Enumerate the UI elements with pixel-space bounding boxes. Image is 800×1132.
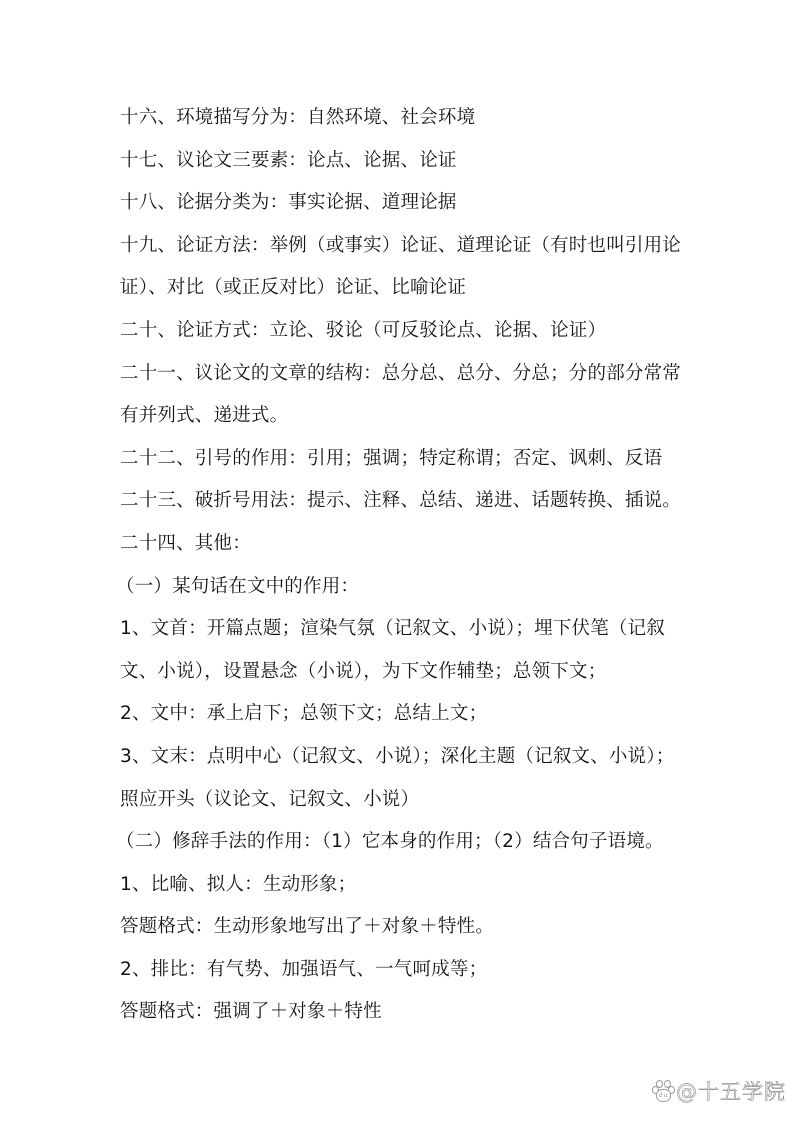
- text-line-17: 十七、议论文三要素：论点、论据、论证: [120, 147, 690, 190]
- text-line-parallelism: 2、排比：有气势、加强语气、一气呵成等；: [120, 956, 690, 999]
- text-line-end-b: 照应开头（议论文、记叙文、小说）: [120, 786, 690, 829]
- text-line-22: 二十二、引号的作用：引用；强调；特定称谓；否定、讽刺、反语: [120, 445, 690, 488]
- text-line-19a: 十九、论证方法：举例（或事实）论证、道理论证（有时也叫引用论: [120, 232, 690, 275]
- text-line-21a: 二十一、议论文的文章的结构：总分总、总分、分总；分的部分常常: [120, 360, 690, 403]
- text-line-beginning-b: 文、小说），设置悬念（小说），为下文作辅垫；总领下文；: [120, 658, 690, 701]
- subheading-rhetoric: （二）修辞手法的作用：（1）它本身的作用；（2）结合句子语境。: [116, 828, 690, 871]
- text-line-answer-format-1: 答题格式：生动形象地写出了＋对象＋特性。: [120, 913, 690, 956]
- text-line-beginning-a: 1、文首：开篇点题；渲染气氛（记叙文、小说）；埋下伏笔（记叙: [120, 615, 690, 658]
- baidu-paw-icon: du: [652, 1080, 674, 1102]
- text-line-middle: 2、文中：承上启下；总领下文；总结上文；: [120, 700, 690, 743]
- text-line-18: 十八、论据分类为：事实论据、道理论据: [120, 189, 690, 232]
- document-page: 十六、环境描写分为：自然环境、社会环境 十七、议论文三要素：论点、论据、论证 十…: [120, 104, 690, 1041]
- text-line-19b: 证）、对比（或正反对比）论证、比喻论证: [120, 274, 690, 317]
- subheading-sentence-role: （一）某句话在文中的作用：: [116, 573, 690, 616]
- text-line-answer-format-2: 答题格式：强调了＋对象＋特性: [120, 998, 690, 1041]
- watermark-text: @十五学院: [676, 1076, 786, 1106]
- text-line-end-a: 3、文末：点明中心（记叙文、小说）；深化主题（记叙文、小说）；: [120, 743, 690, 786]
- text-line-20: 二十、论证方式：立论、驳论（可反驳论点、论据、论证）: [120, 317, 690, 360]
- text-line-16: 十六、环境描写分为：自然环境、社会环境: [120, 104, 690, 147]
- text-line-24: 二十四、其他：: [120, 530, 690, 573]
- watermark: du @十五学院: [652, 1076, 786, 1106]
- text-line-23: 二十三、破折号用法：提示、注释、总结、递进、话题转换、插说。: [120, 487, 690, 530]
- text-line-21b: 有并列式、递进式。: [120, 402, 690, 445]
- text-line-metaphor: 1、比喻、拟人：生动形象；: [120, 871, 690, 914]
